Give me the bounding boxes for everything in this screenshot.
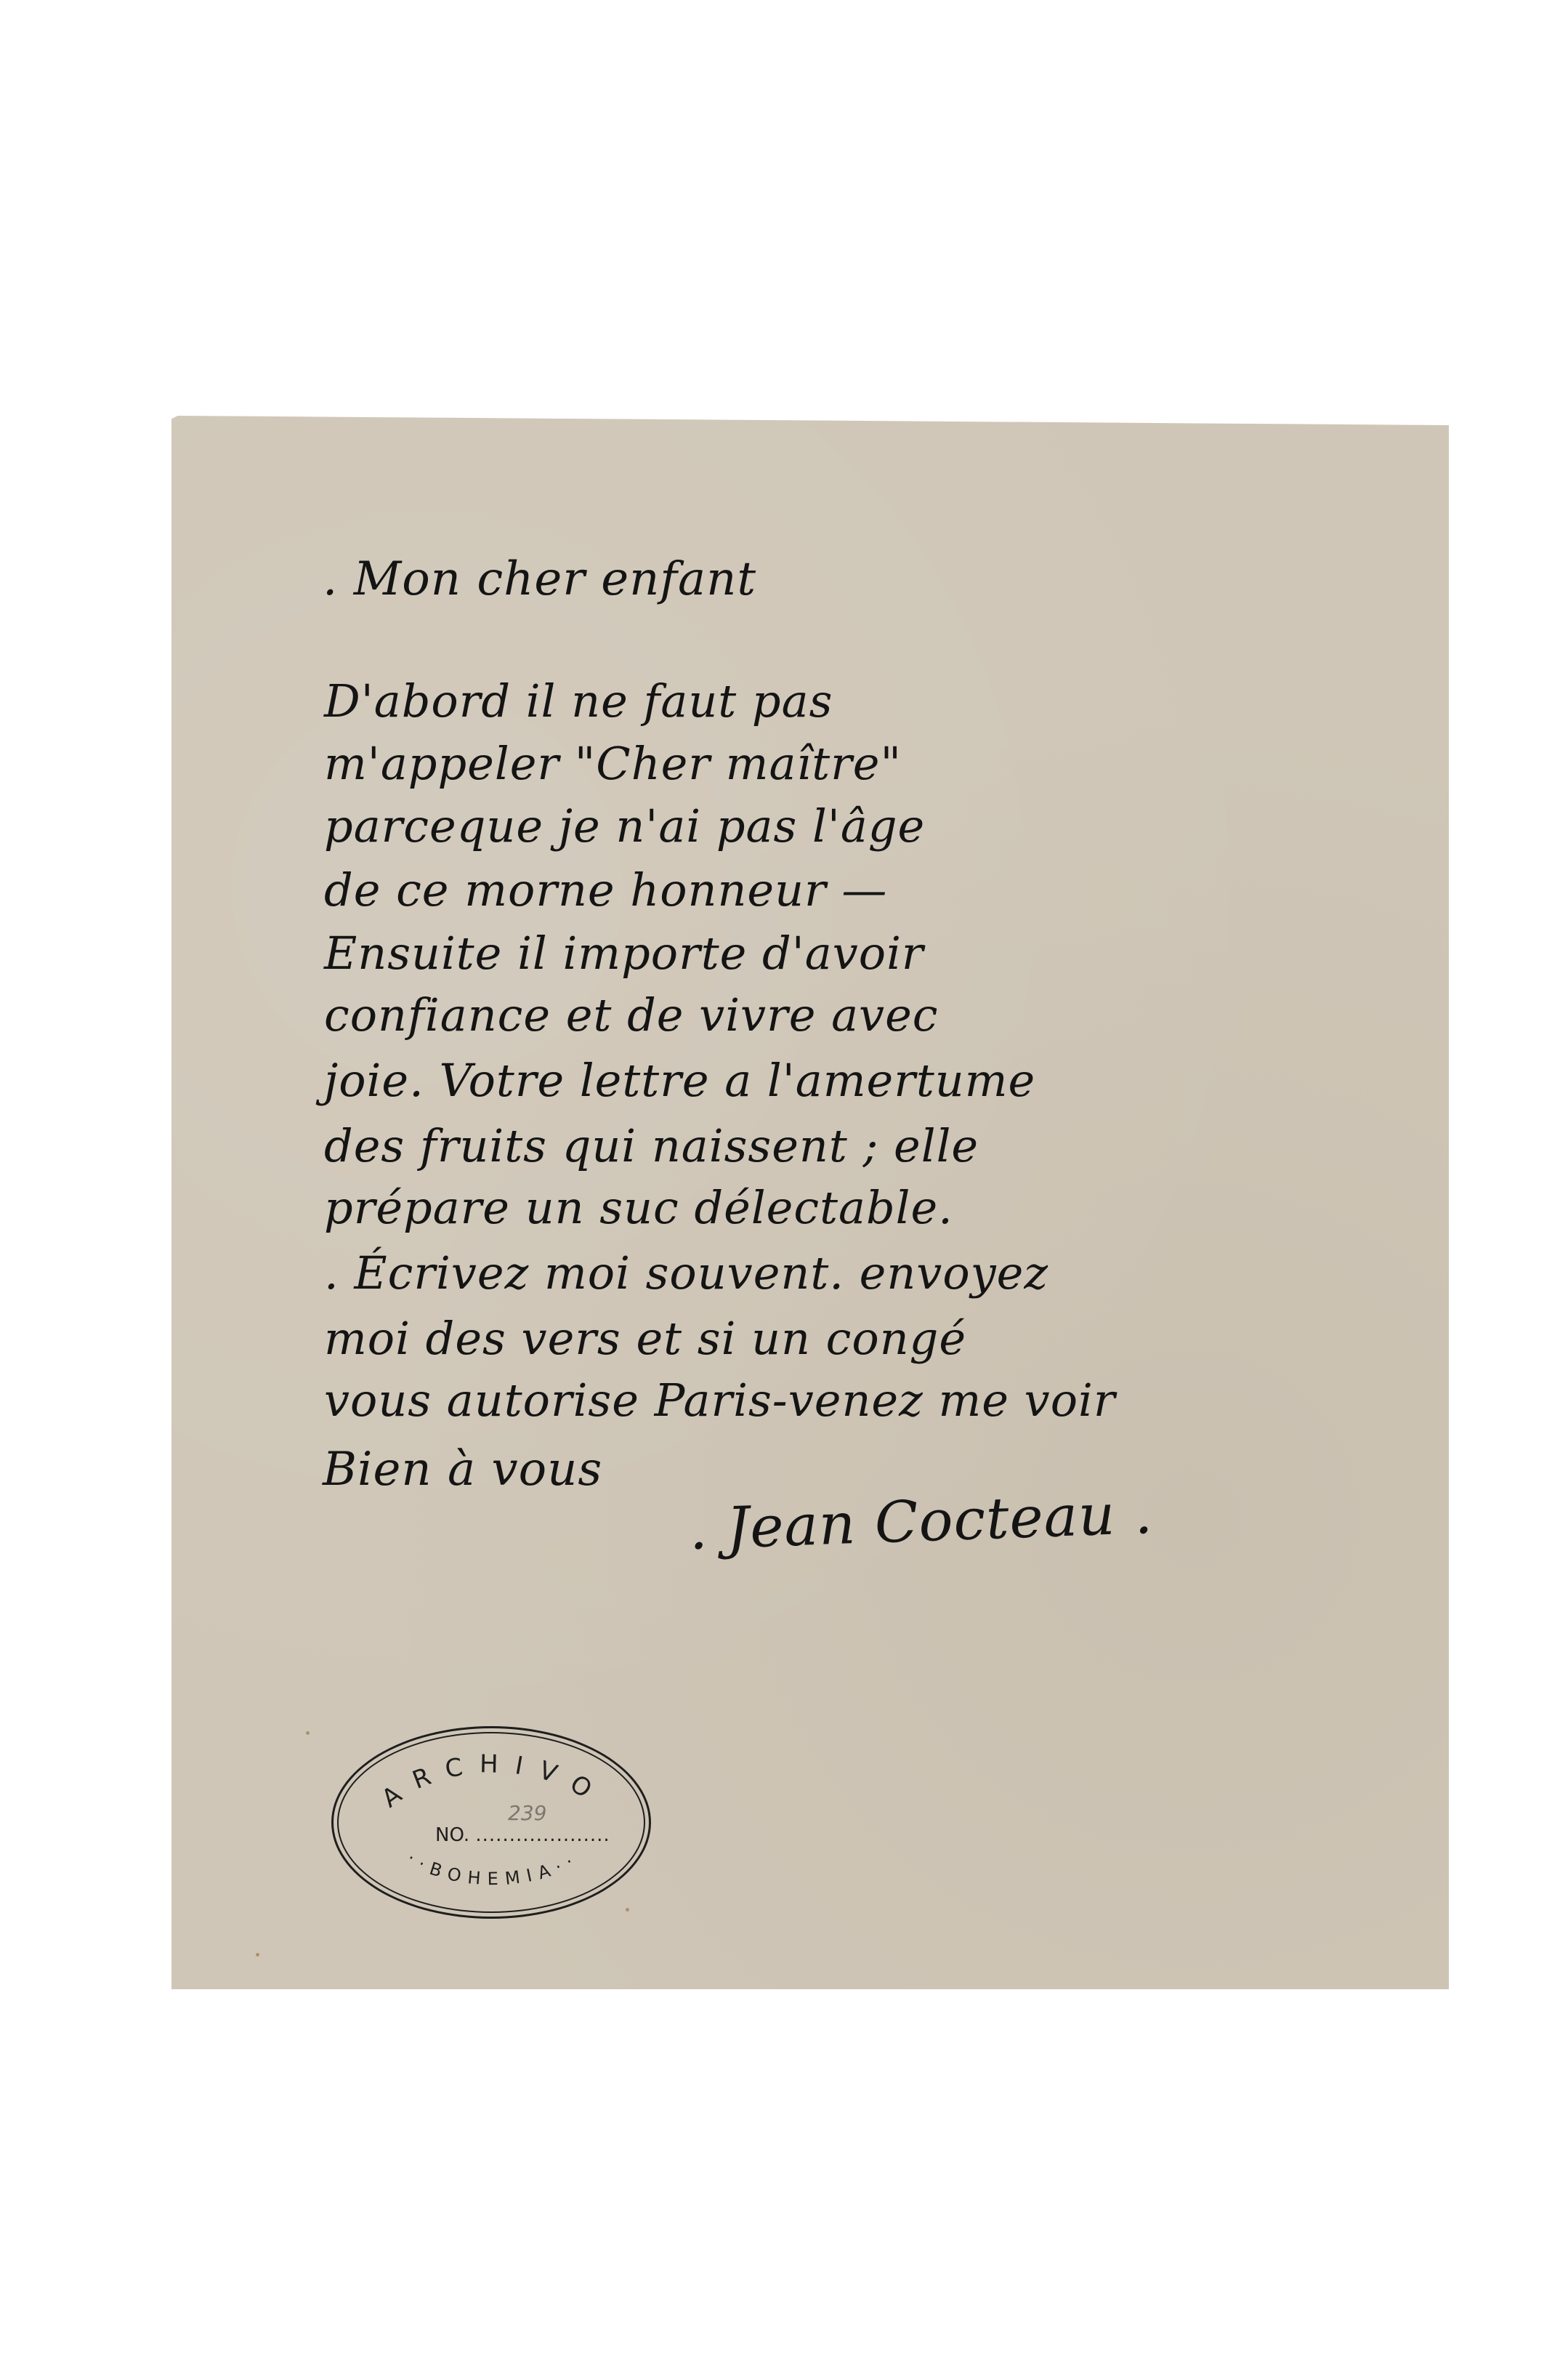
archive-stamp: ARCHIVO ··BOHEMIA·· 239 NO. ............… — [331, 1726, 651, 1919]
letter-line: m'appeler "Cher maître" — [324, 737, 902, 790]
letter-line: moi des vers et si un congé — [324, 1312, 966, 1365]
letter-line: prépare un suc délectable. — [324, 1181, 953, 1234]
paper-speck — [256, 1953, 259, 1957]
stamp-bottom-text: ··BOHEMIA·· — [403, 1848, 583, 1889]
paper-speck — [306, 1731, 310, 1735]
stamp-no-dots: .................... — [475, 1824, 610, 1846]
letter-line: vous autorise Paris-venez me voir — [324, 1374, 1115, 1427]
letter-closing: Bien à vous — [323, 1443, 602, 1496]
svg-text:ARCHIVO: ARCHIVO — [376, 1749, 610, 1813]
letter-line: parceque je n'ai pas l'âge — [324, 799, 925, 853]
svg-text:··BOHEMIA··: ··BOHEMIA·· — [403, 1848, 583, 1889]
letter-line: Ensuite il importe d'avoir — [324, 927, 924, 980]
letter-line: D'abord il ne faut pas — [324, 674, 833, 728]
stamp-no-label: NO. — [435, 1824, 469, 1846]
letter-line: joie. Votre lettre a l'amertume — [324, 1054, 1035, 1107]
letter-line: de ce morne honneur — — [324, 863, 887, 916]
letter-line: des fruits qui naissent ; elle — [324, 1119, 979, 1172]
letter-line: confiance et de vivre avec — [324, 988, 939, 1041]
stamp-handwritten-number: 239 — [508, 1801, 546, 1825]
stamp-top-text: ARCHIVO — [376, 1749, 610, 1813]
letter-greeting: . Mon cher enfant — [323, 552, 756, 606]
stamp-number-field: NO. .................... — [435, 1824, 610, 1846]
letter-line: . Écrivez moi souvent. envoyez — [324, 1246, 1048, 1300]
